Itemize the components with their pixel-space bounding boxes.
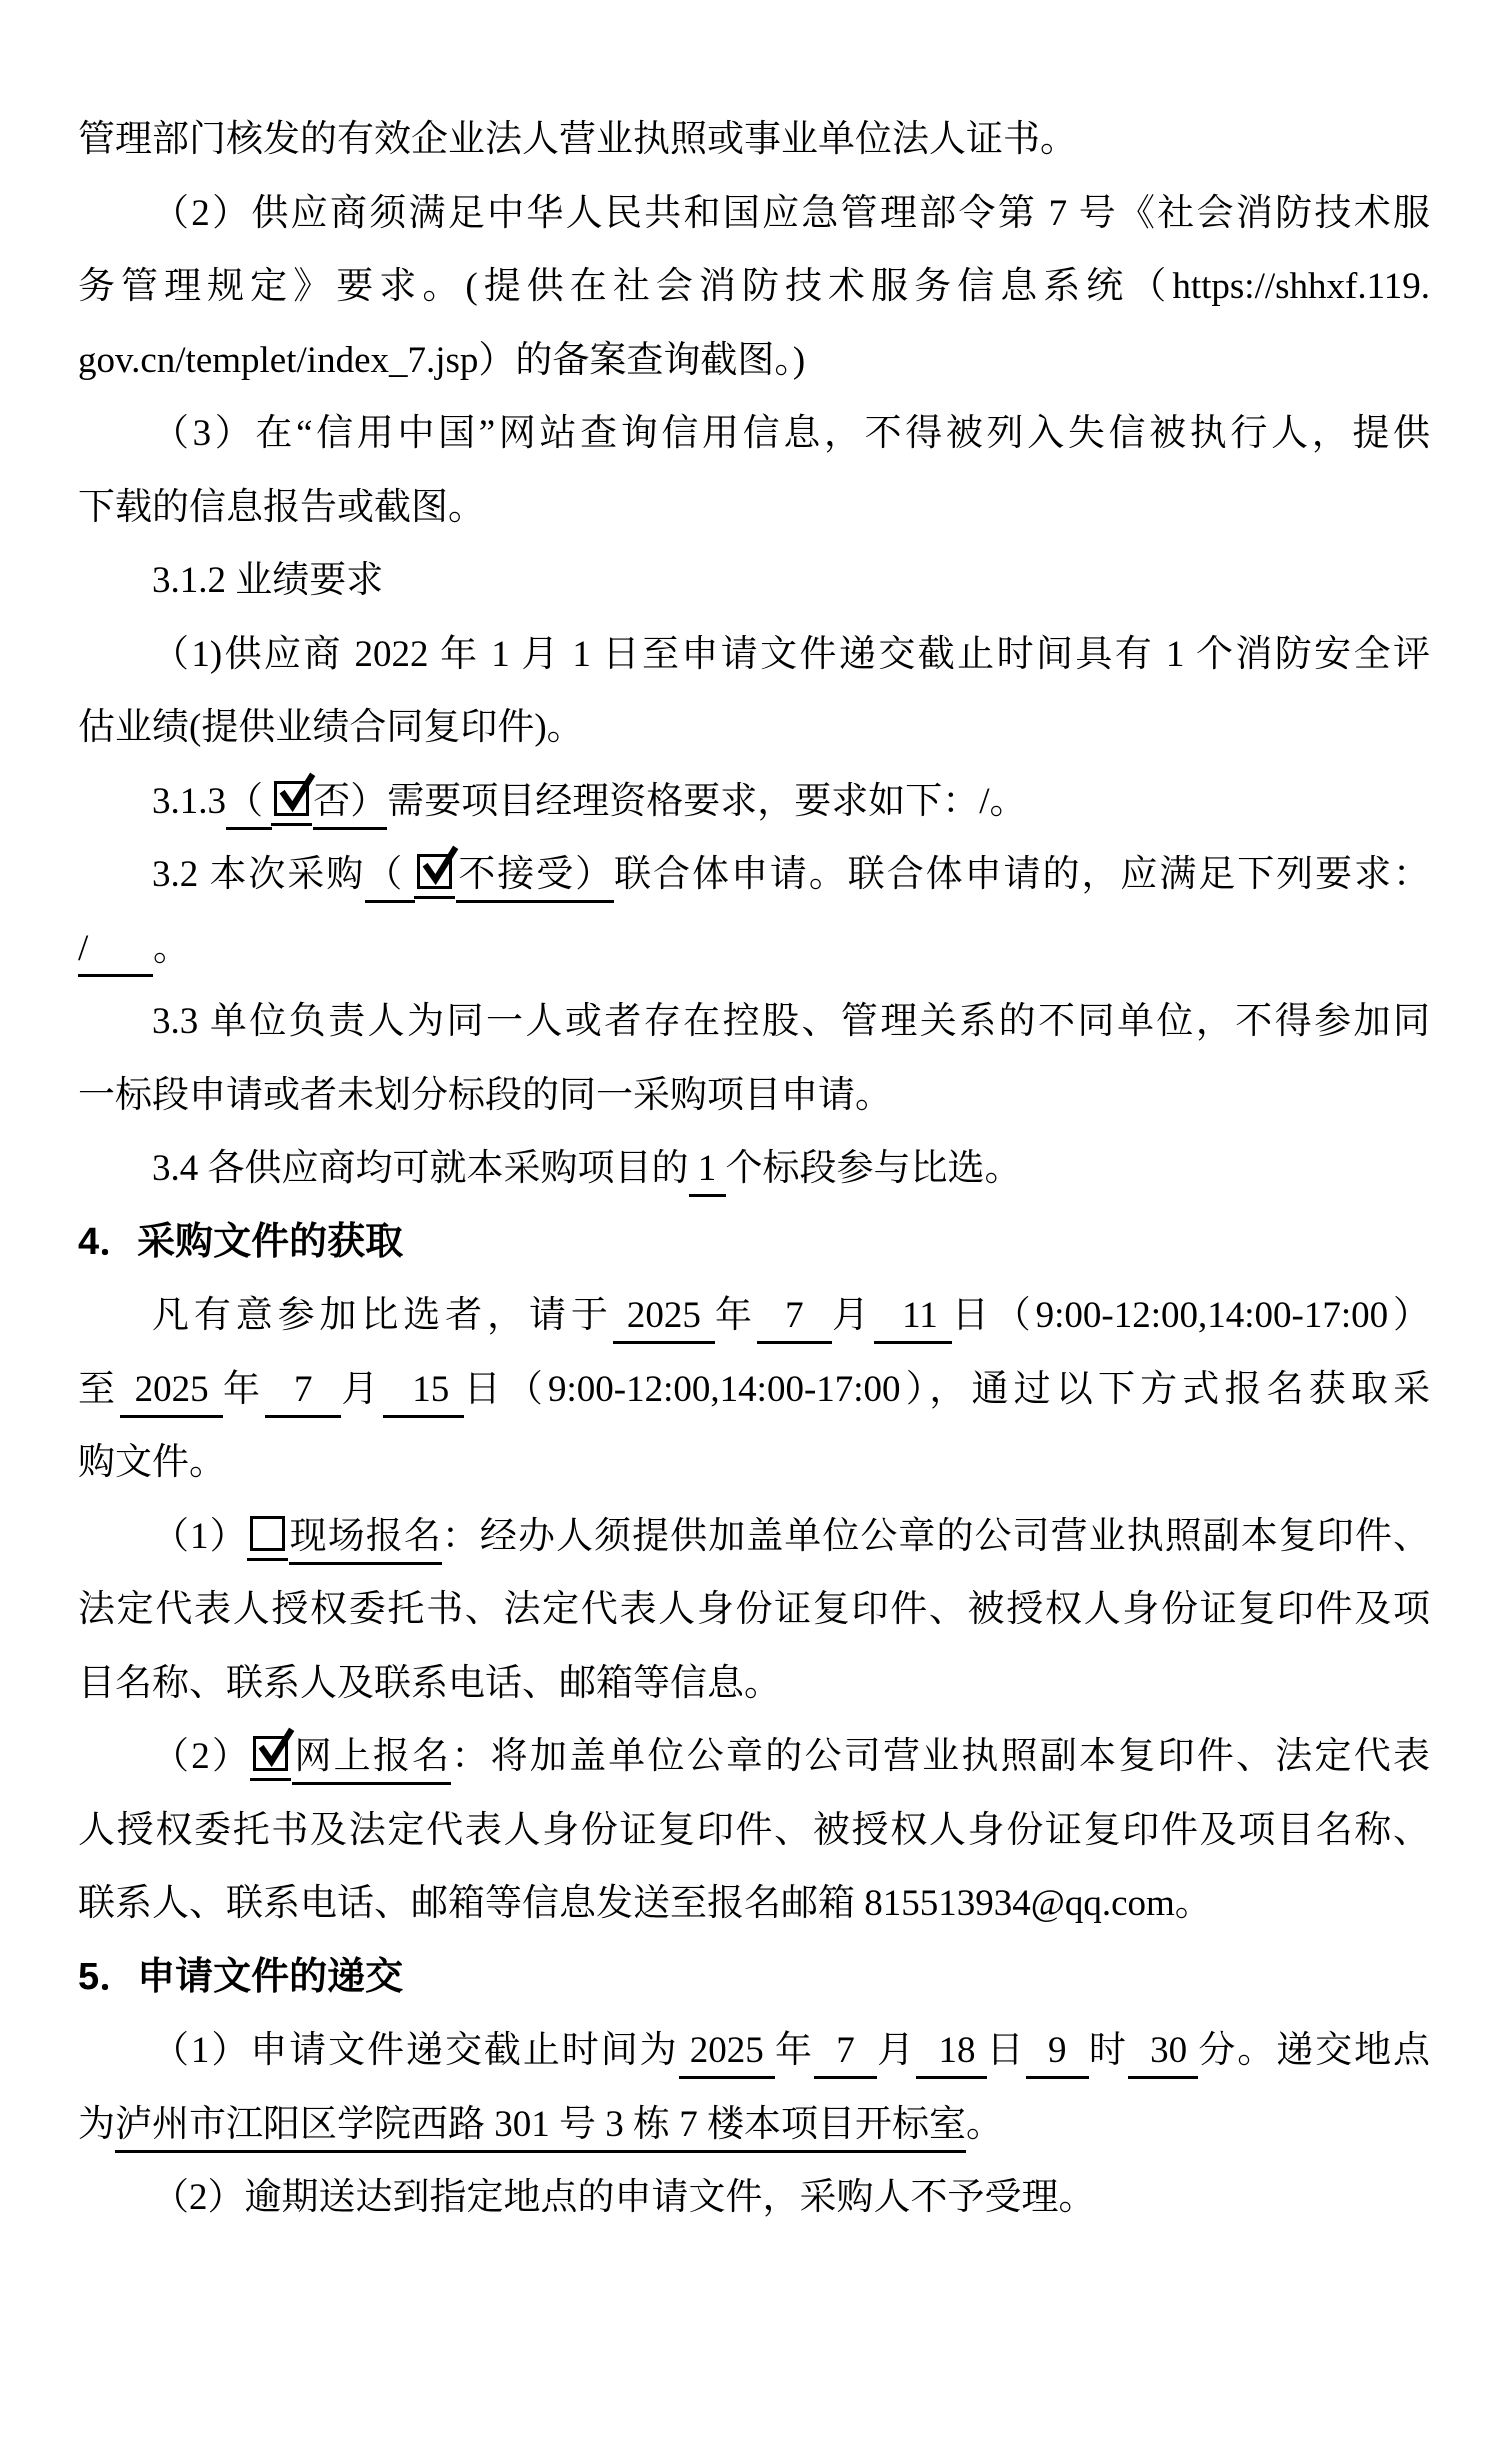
underlined-text: 否）	[313, 781, 387, 830]
text-run: 下载的信息报告或截图。	[78, 487, 485, 528]
underlined-text: 现场报名	[289, 1516, 442, 1565]
underlined-text: /	[78, 928, 153, 977]
clause-3-2-consortium: 3.2 本次采购（ 不接受）联合体申请。联合体申请的，应满足下列要求：	[78, 838, 1430, 912]
para-onsite-line-3: 目名称、联系人及联系电话、邮箱等信息。	[78, 1647, 1430, 1721]
underlined-text: 7	[757, 1295, 832, 1344]
para-obtain-time-line-1: 凡有意参加比选者，请于 2025 年 7 月 11 日（9:00-12:00,1…	[78, 1279, 1430, 1353]
underlined-text: 2025	[613, 1295, 715, 1344]
underlined-text: 7	[265, 1369, 341, 1418]
para-onsite-line-2: 法定代表人授权委托书、法定代表人身份证复印件、被授权人身份证复印件及项	[78, 1573, 1430, 1647]
clause-3-3-same-person: 3.3 单位负责人为同一人或者存在控股、管理关系的不同单位，不得参加同	[78, 985, 1430, 1059]
underlined-text: 1	[689, 1148, 726, 1197]
text-run: 月	[877, 2030, 916, 2071]
text-run: 联合体申请。联合体申请的，应满足下列要求：	[614, 854, 1430, 895]
underlined-text: 18	[916, 2030, 987, 2079]
text-run: 时	[1089, 2030, 1128, 2071]
text-run: 务管理规定》要求。(提供在社会消防技术服务信息系统（https://shhxf.…	[78, 266, 1430, 307]
text-run: 个标段参与比选。	[726, 1148, 1022, 1189]
text-run: 3.3 单位负责人为同一人或者存在控股、管理关系的不同单位，不得参加同	[152, 1001, 1430, 1042]
para-onsite-registration: （1）现场报名：经办人须提供加盖单位公章的公司营业执照副本复印件、	[78, 1500, 1430, 1574]
underlined-text: 7	[814, 2030, 877, 2079]
underlined-text: 2025	[679, 2030, 775, 2079]
para-obtain-time-line-3: 购文件。	[78, 1426, 1430, 1500]
para-2-emergency-regulation: （2）供应商须满足中华人民共和国应急管理部令第 7 号《社会消防技术服	[78, 177, 1430, 251]
text-run: 3.4 各供应商均可就本采购项目的	[152, 1148, 689, 1189]
text-run: 分。递交地点	[1198, 2030, 1430, 2071]
text-run: 日	[987, 2030, 1026, 2071]
text-run: 年	[775, 2030, 814, 2071]
clause-3-4-sections: 3.4 各供应商均可就本采购项目的 1 个标段参与比选。	[78, 1132, 1430, 1206]
text-run: 4．采购文件的获取	[78, 1221, 403, 1263]
underlined-text: 11	[874, 1295, 952, 1344]
para-performance-req-line-2: 估业绩(提供业绩合同复印件)。	[78, 691, 1430, 765]
text-run: 联系人、联系电话、邮箱等信息发送至报名邮箱 815513934@qq.com。	[78, 1883, 1212, 1924]
underlined-text: 2025	[120, 1369, 223, 1418]
text-run: 5．申请文件的递交	[78, 1956, 403, 1998]
text-run: （2）逾期送达到指定地点的申请文件，采购人不予受理。	[152, 2177, 1096, 2218]
text-run: 目名称、联系人及联系电话、邮箱等信息。	[78, 1663, 781, 1704]
text-run: 月	[832, 1295, 874, 1336]
document-body: 管理部门核发的有效企业法人营业执照或事业单位法人证书。（2）供应商须满足中华人民…	[0, 0, 1500, 2235]
text-run: 购文件。	[78, 1442, 226, 1483]
para-obtain-time-line-2: 至 2025 年 7 月 15 日（9:00-12:00,14:00-17:00…	[78, 1353, 1430, 1427]
text-run: （2）	[152, 1736, 251, 1777]
clause-3-1-3-pm-requirement: 3.1.3（ 否）需要项目经理资格要求，要求如下：/。	[78, 765, 1430, 839]
para-deadline-location: 为泸州市江阳区学院西路 301 号 3 栋 7 楼本项目开标室。	[78, 2088, 1430, 2162]
text-run: 凡有意参加比选者，请于	[152, 1295, 613, 1336]
heading-5-submission: 5．申请文件的递交	[78, 1941, 1430, 2015]
document-page: 管理部门核发的有效企业法人营业执照或事业单位法人证书。（2）供应商须满足中华人民…	[0, 0, 1500, 2235]
text-run: 。	[153, 928, 190, 969]
heading-3-1-2-performance: 3.1.2 业绩要求	[78, 544, 1430, 618]
text-run: （1）	[152, 1516, 248, 1557]
text-run: （1)供应商 2022 年 1 月 1 日至申请文件递交截止时间具有 1 个消防…	[152, 634, 1430, 675]
text-run: 人授权委托书及法定代表人身份证复印件、被授权人身份证复印件及项目名称、	[78, 1810, 1430, 1851]
underlined-text: 9	[1026, 2030, 1089, 2079]
para-online-registration: （2）网上报名：将加盖单位公章的公司营业执照副本复印件、法定代表	[78, 1720, 1430, 1794]
underlined-text: （	[226, 781, 272, 830]
para-online-line-2: 人授权委托书及法定代表人身份证复印件、被授权人身份证复印件及项目名称、	[78, 1794, 1430, 1868]
underlined-text: 网上报名	[292, 1736, 451, 1785]
text-run: 管理部门核发的有效企业法人营业执照或事业单位法人证书。	[78, 119, 1077, 160]
text-run: 为	[78, 2104, 115, 2145]
text-run: ：将加盖单位公章的公司营业执照副本复印件、法定代表	[451, 1736, 1430, 1777]
para-performance-req: （1)供应商 2022 年 1 月 1 日至申请文件递交截止时间具有 1 个消防…	[78, 618, 1430, 692]
text-run: 至	[78, 1369, 120, 1410]
text-run: 3.1.3	[152, 781, 226, 822]
clause-3-3-line-2: 一标段申请或者未划分标段的同一采购项目申请。	[78, 1059, 1430, 1133]
para-2-line-2: 务管理规定》要求。(提供在社会消防技术服务信息系统（https://shhxf.…	[78, 250, 1430, 324]
checkbox-checked-icon	[274, 781, 309, 816]
underlined-text: 15	[383, 1369, 463, 1418]
text-run: 日（9:00-12:00,14:00-17:00）	[952, 1295, 1430, 1336]
text-run: 估业绩(提供业绩合同复印件)。	[78, 707, 584, 748]
underlined-text: 不接受）	[456, 854, 614, 903]
underlined-text: 泸州市江阳区学院西路 301 号 3 栋 7 楼本项目开标室	[115, 2104, 966, 2153]
para-online-line-3: 联系人、联系电话、邮箱等信息发送至报名邮箱 815513934@qq.com。	[78, 1867, 1430, 1941]
text-run: gov.cn/templet/index_7.jsp）的备案查询截图。)	[78, 340, 805, 381]
para-cert-continuation: 管理部门核发的有效企业法人营业执照或事业单位法人证书。	[78, 103, 1430, 177]
text-run: 法定代表人授权委托书、法定代表人身份证复印件、被授权人身份证复印件及项	[78, 1589, 1430, 1630]
text-run: 。	[966, 2104, 1003, 2145]
text-run: 日（9:00-12:00,14:00-17:00），通过以下方式报名获取采	[464, 1369, 1430, 1410]
text-run: 3.2 本次采购	[152, 854, 365, 895]
text-run: 月	[341, 1369, 383, 1410]
clause-3-2-blank: / 。	[78, 912, 1430, 986]
text-run: 一标段申请或者未划分标段的同一采购项目申请。	[78, 1075, 892, 1116]
para-2-line-3: gov.cn/templet/index_7.jsp）的备案查询截图。)	[78, 324, 1430, 398]
para-late-submission: （2）逾期送达到指定地点的申请文件，采购人不予受理。	[78, 2161, 1430, 2235]
text-run: 3.1.2 业绩要求	[152, 560, 383, 601]
text-run: 年	[223, 1369, 265, 1410]
text-run: （2）供应商须满足中华人民共和国应急管理部令第 7 号《社会消防技术服	[152, 193, 1430, 234]
checkbox-empty-icon	[250, 1516, 285, 1551]
text-run: ：经办人须提供加盖单位公章的公司营业执照副本复印件、	[442, 1516, 1430, 1557]
para-3-credit-china: （3）在“信用中国”网站查询信用信息，不得被列入失信被执行人，提供	[78, 397, 1430, 471]
checkbox-checked-icon	[253, 1736, 288, 1771]
para-3-line-2: 下载的信息报告或截图。	[78, 471, 1430, 545]
text-run: 需要项目经理资格要求，要求如下：/。	[387, 781, 1026, 822]
underlined-text: 30	[1128, 2030, 1199, 2079]
checkbox-checked-icon	[417, 854, 452, 889]
text-run: （3）在“信用中国”网站查询信用信息，不得被列入失信被执行人，提供	[152, 413, 1430, 454]
text-run: （1）申请文件递交截止时间为	[152, 2030, 679, 2071]
heading-4-obtain-documents: 4．采购文件的获取	[78, 1206, 1430, 1280]
underlined-text: （	[365, 854, 415, 903]
text-run: 年	[715, 1295, 757, 1336]
para-deadline: （1）申请文件递交截止时间为 2025 年 7 月 18 日 9 时 30 分。…	[78, 2014, 1430, 2088]
